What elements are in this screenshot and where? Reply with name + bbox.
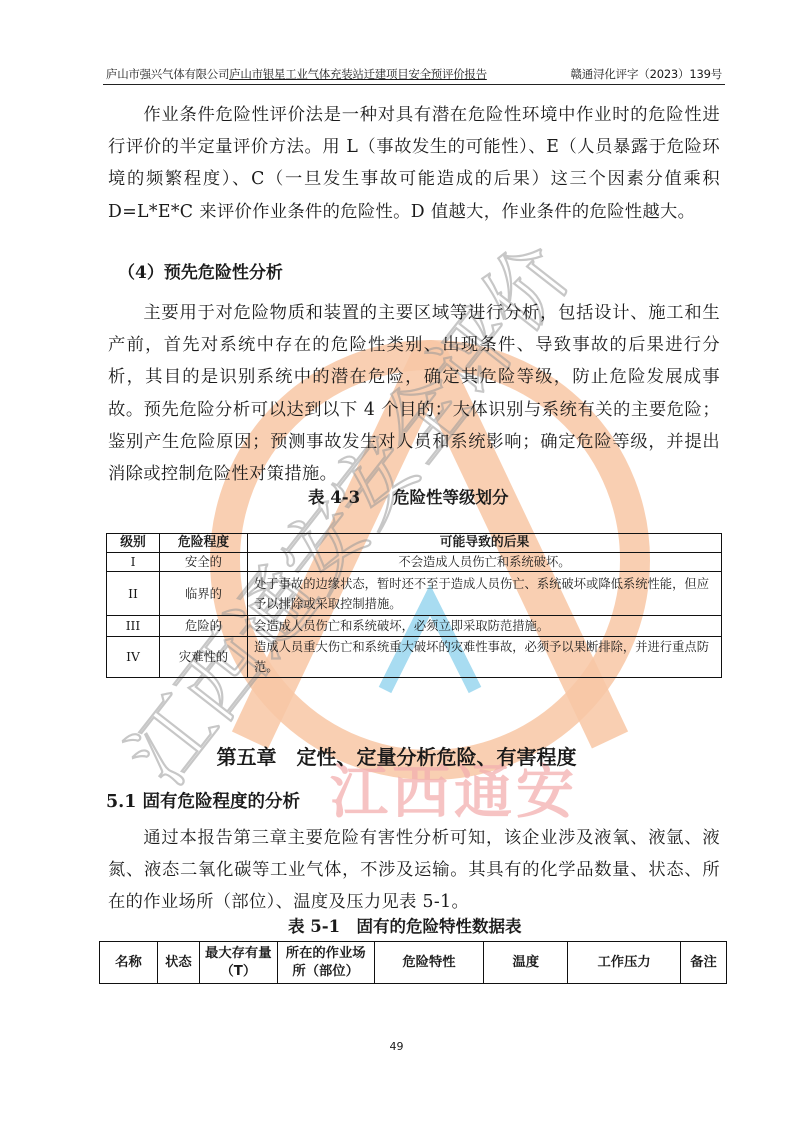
table-row: III 危险的 会造成人员伤亡和系统破坏，必须立即采取防范措施。 [107,616,722,637]
document-page: 江西通安安全评价 江西通安 庐山市强兴气体有限公司庐山市银星工业气体充装站迁建项… [0,0,793,1122]
chapter-title: 第五章 定性、定量分析危险、有害程度 [0,742,793,772]
header-report-number: 赣通浔化评字（2023）139号 [570,66,722,82]
consequence-cell: 不会造成人员伤亡和系统破坏。 [248,553,722,572]
table-5-1-caption: 表 5-1 固有的危险特性数据表 [288,915,522,939]
hazard-level-table: 级别 危险程度 可能导致的后果 I 安全的 不会造成人员伤亡和系统破坏。 II … [106,533,722,678]
header-name: 名称 [100,942,158,984]
inherent-hazard-table: 名称 状态 最大存有量（T） 所在的作业场所（部位） 危险特性 温度 工作压力 … [99,941,727,984]
header-remarks: 备注 [681,942,727,984]
level-cell: III [107,616,160,637]
lec-method-paragraph: 作业条件危险性评价法是一种对具有潜在危险性环境中作业时的危险性进行评价的半定量评… [108,99,720,228]
pha-description-paragraph: 主要用于对危险物质和装置的主要区域等进行分析，包括设计、施工和生产前，首先对系统… [108,297,720,490]
pha-heading: （4）预先危险性分析 [118,259,283,287]
table-4-3-caption: 表 4-3 危险性等级划分 [308,486,509,510]
section-5-1-title: 5.1 固有危险程度的分析 [106,788,300,816]
header-workplace: 所在的作业场所（部位） [277,942,374,984]
table-row: IV 灾难性的 造成人员重大伤亡和系统重大破坏的灾难性事故，必须予以果断排除，并… [107,637,722,678]
table-header-row: 级别 危险程度 可能导致的后果 [107,534,722,553]
page-number: 49 [0,1040,793,1053]
header-working-pressure: 工作压力 [568,942,681,984]
header-degree: 危险程度 [160,534,248,553]
degree-cell: 灾难性的 [160,637,248,678]
header-state: 状态 [157,942,199,984]
level-cell: II [107,572,160,616]
header-temperature: 温度 [484,942,568,984]
consequence-cell: 造成人员重大伤亡和系统重大破坏的灾难性事故，必须予以果断排除，并进行重点防范。 [248,637,722,678]
header-max-storage: 最大存有量（T） [199,942,277,984]
degree-cell: 危险的 [160,616,248,637]
section-5-1-body: 通过本报告第三章主要危险有害性分析可知，该企业涉及液氧、液氩、液氮、液态二氧化碳… [108,822,720,919]
consequence-cell: 处于事故的边缘状态，暂时还不至于造成人员伤亡、系统破坏或降低系统性能，但应予以排… [248,572,722,616]
page-header: 庐山市强兴气体有限公司庐山市银星工业气体充装站迁建项目安全预评价报告 赣通浔化评… [103,66,725,85]
header-consequence: 可能导致的后果 [248,534,722,553]
header-hazard-characteristics: 危险特性 [374,942,484,984]
degree-cell: 安全的 [160,553,248,572]
header-level: 级别 [107,534,160,553]
degree-cell: 临界的 [160,572,248,616]
table-row: II 临界的 处于事故的边缘状态，暂时还不至于造成人员伤亡、系统破坏或降低系统性… [107,572,722,616]
level-cell: I [107,553,160,572]
consequence-cell: 会造成人员伤亡和系统破坏，必须立即采取防范措施。 [248,616,722,637]
header-report-title: 庐山市强兴气体有限公司庐山市银星工业气体充装站迁建项目安全预评价报告 [106,66,487,82]
level-cell: IV [107,637,160,678]
table-header-row: 名称 状态 最大存有量（T） 所在的作业场所（部位） 危险特性 温度 工作压力 … [100,942,727,984]
table-row: I 安全的 不会造成人员伤亡和系统破坏。 [107,553,722,572]
